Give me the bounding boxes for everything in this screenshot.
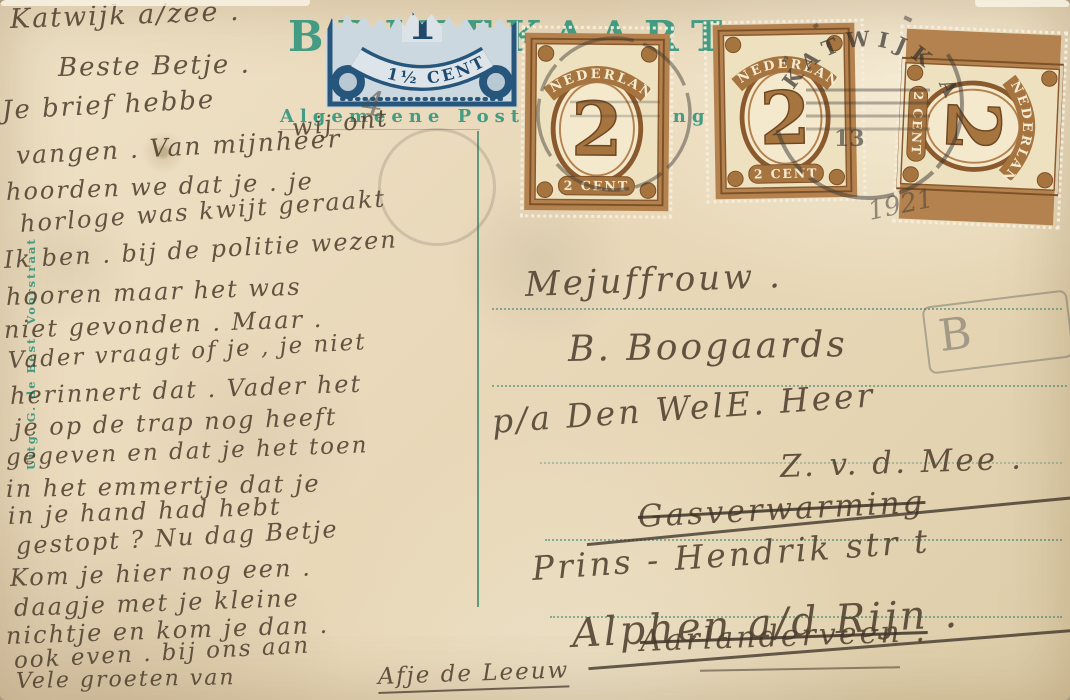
message-line: Je brief hebbe (1, 87, 216, 124)
address-line: B. Boogaards (568, 327, 848, 368)
sorting-mark-letter: B (936, 307, 974, 362)
address-line: Z. v. d. Mee . (779, 443, 1024, 482)
address-line: p/a Den WelE. Heer (491, 378, 877, 438)
message-line: hooren maar het was (6, 275, 302, 309)
address-line: Mejuffrouw . (524, 259, 783, 302)
pencil-mark: 4 (360, 86, 388, 123)
postmark-day-text: 13 (834, 126, 865, 152)
message-line: vangen . Van mijnheer (15, 126, 342, 168)
torn-edge-top-left (0, 0, 310, 6)
message-line: Beste Betje . (58, 52, 251, 81)
postmark-faint-ring (378, 128, 496, 246)
signature: Afje de Leeuw (378, 659, 570, 694)
postmark-katwijk-cds: KATWIJK AAN 13 1921 (762, 0, 974, 230)
address-underline-flourish (700, 666, 900, 671)
postmark-secondary-cds (530, 16, 698, 221)
postmark-year-text: 1921 (865, 184, 936, 227)
postcard-scan: BRIEFKAART Algemeene Postvereeniging Uit… (0, 0, 1070, 700)
message-line: Vele groeten van (16, 667, 236, 693)
sorting-mark-box: B (921, 289, 1070, 374)
torn-edge-top-right (975, 0, 1070, 7)
message-line: herinnert dat . Vader het (10, 372, 363, 408)
address-line: Prins - Hendrik str t (531, 524, 931, 585)
